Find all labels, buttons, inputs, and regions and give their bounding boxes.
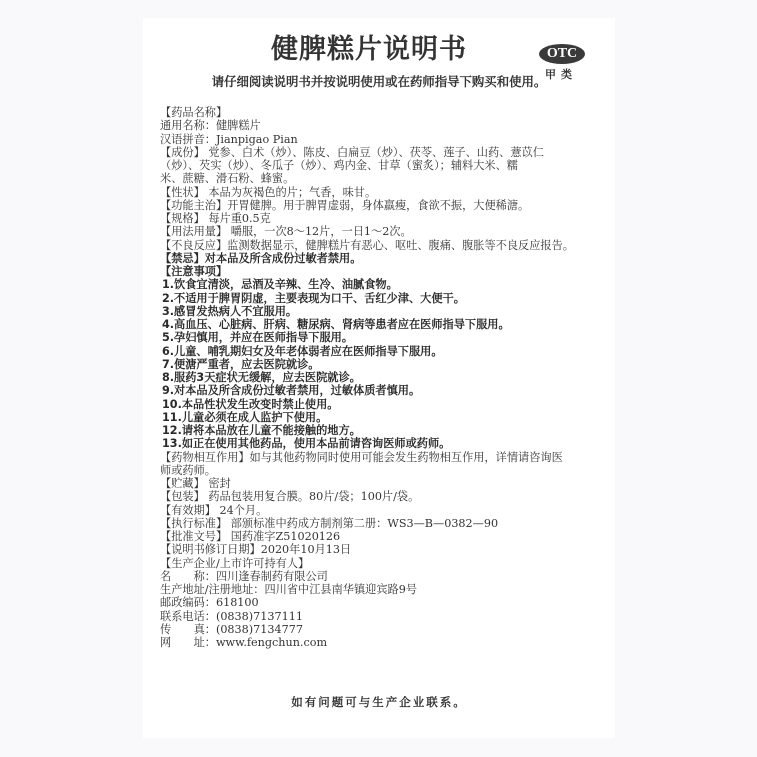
storage-label: 【贮藏】	[160, 477, 205, 490]
section-ingredients: 【成份】 党参、白术（炒）、陈皮、白扁豆（炒）、茯苓、莲子、山药、薏苡仁	[160, 146, 596, 159]
validity-text: 24个月。	[216, 504, 267, 517]
manufacturer-name: 四川逢春制药有限公司	[216, 570, 328, 583]
section-standard: 【执行标准】 部颁标准中药成方制剂第二册：WS3—B—0382—90	[160, 517, 596, 530]
manufacturer-phone-label: 联系电话：	[160, 610, 216, 623]
pinyin-name: 汉语拼音：Jianpigao Pian	[160, 133, 596, 146]
contact-manufacturer-note: 如有问题可与生产企业联系。	[143, 694, 615, 710]
leaflet-body: 【药品名称】 通用名称：健脾糕片 汉语拼音：Jianpigao Pian 【成份…	[160, 106, 596, 649]
ingredients-text-1: 党参、白术（炒）、陈皮、白扁豆（炒）、茯苓、莲子、山药、薏苡仁	[205, 146, 544, 159]
subtitle-instruction: 请仔细阅读说明书并按说明使用或在药师指导下购买和使用。	[143, 74, 615, 90]
approval-number-label: 【批准文号】	[160, 530, 227, 543]
precaution-item: 12.请将本品放在儿童不能接触的地方。	[160, 424, 596, 437]
generic-name: 通用名称：健脾糕片	[160, 119, 596, 132]
storage-text: 密封	[205, 477, 231, 490]
precaution-item: 6.儿童、哺乳期妇女及年老体弱者应在医师指导下服用。	[160, 345, 596, 358]
ingredients-text-3: 米、蔗糖、滑石粉、蜂蜜。	[160, 172, 596, 185]
section-dosage: 【用法用量】 嚼服，一次8～12片，一日1～2次。	[160, 225, 596, 238]
manufacturer-address-label: 生产地址/注册地址：	[160, 583, 264, 596]
precaution-item: 10.本品性状发生改变时禁止使用。	[160, 398, 596, 411]
precaution-item: 8.服药3天症状无缓解，应去医院就诊。	[160, 371, 596, 384]
dosage-label: 【用法用量】	[160, 225, 227, 238]
manufacturer-address: 四川省中江县南华镇迎宾路9号	[264, 583, 417, 596]
section-manufacturer-header: 【生产企业/上市许可持有人】	[160, 557, 596, 570]
manufacturer-postcode-row: 邮政编码：618100	[160, 596, 596, 609]
manufacturer-fax-row: 传 真：(0838)7134777	[160, 623, 596, 636]
dosage-text: 嚼服，一次8～12片，一日1～2次。	[227, 225, 412, 238]
precaution-item: 4.高血压、心脏病、肝病、糖尿病、肾病等患者应在医师指导下服用。	[160, 318, 596, 331]
indications-label: 【功能主治】	[160, 199, 227, 212]
interactions-text-1: 如与其他药物同时使用可能会发生药物相互作用，详情请咨询医	[250, 451, 563, 464]
section-indications: 【功能主治】开胃健脾。用于脾胃虚弱，身体羸瘦，食欲不振，大便稀溏。	[160, 199, 596, 212]
precaution-item: 3.感冒发热病人不宜服用。	[160, 305, 596, 318]
packaging-label: 【包装】	[160, 490, 205, 503]
precaution-item: 2.不适用于脾胃阴虚，主要表现为口干、舌红少津、大便干。	[160, 292, 596, 305]
contraindications-text: 对本品及所含成份过敏者禁用。	[205, 252, 362, 265]
manufacturer-phone: (0838)7137111	[216, 610, 303, 623]
section-approval-number: 【批准文号】 国药准字Z51020126	[160, 530, 596, 543]
revision-date-text: 2020年10月13日	[261, 543, 352, 556]
manufacturer-name-row: 名 称：四川逢春制药有限公司	[160, 570, 596, 583]
section-contraindications: 【禁忌】对本品及所含成份过敏者禁用。	[160, 252, 596, 265]
section-packaging: 【包装】 药品包装用复合膜。80片/袋；100片/袋。	[160, 490, 596, 503]
section-revision-date: 【说明书修订日期】2020年10月13日	[160, 543, 596, 556]
description-text: 本品为灰褐色的片；气香，味甘。	[205, 186, 376, 199]
manufacturer-website-row: 网 址：www.fengchun.com	[160, 636, 596, 649]
manufacturer-postcode-label: 邮政编码：	[160, 596, 216, 609]
precaution-item: 7.便溏严重者，应去医院就诊。	[160, 358, 596, 371]
indications-text: 开胃健脾。用于脾胃虚弱，身体羸瘦，食欲不振，大便稀溏。	[227, 199, 529, 212]
validity-label: 【有效期】	[160, 504, 216, 517]
section-drug-name-header: 【药品名称】	[160, 106, 596, 119]
leaflet-page: 健脾糕片说明书 OTC 甲类 请仔细阅读说明书并按说明使用或在药师指导下购买和使…	[143, 18, 615, 738]
section-interactions: 【药物相互作用】如与其他药物同时使用可能会发生药物相互作用，详情请咨询医	[160, 451, 596, 464]
precaution-item: 5.孕妇慎用，并应在医师指导下服用。	[160, 331, 596, 344]
section-storage: 【贮藏】 密封	[160, 477, 596, 490]
manufacturer-fax-label: 传 真：	[160, 623, 216, 636]
document-title: 健脾糕片说明书	[271, 32, 467, 68]
specification-text: 每片重0.5克	[205, 212, 271, 225]
approval-number-text: 国药准字Z51020126	[227, 530, 340, 543]
specification-label: 【规格】	[160, 212, 205, 225]
ingredients-text-2: （炒）、芡实（炒）、冬瓜子（炒）、鸡内金、甘草（蜜炙）；辅料大米、糯	[160, 159, 596, 172]
precaution-item: 13.如正在使用其他药品，使用本品前请咨询医师或药师。	[160, 437, 596, 450]
adverse-reactions-label: 【不良反应】	[160, 239, 227, 252]
manufacturer-phone-row: 联系电话：(0838)7137111	[160, 610, 596, 623]
title-row: 健脾糕片说明书 OTC 甲类	[143, 32, 615, 72]
precaution-item: 11.儿童必须在成人监护下使用。	[160, 411, 596, 424]
section-precautions-header: 【注意事项】	[160, 265, 596, 278]
ingredients-label: 【成份】	[160, 146, 205, 159]
manufacturer-name-label: 名 称：	[160, 570, 216, 583]
interactions-label: 【药物相互作用】	[160, 451, 250, 464]
section-specification: 【规格】 每片重0.5克	[160, 212, 596, 225]
revision-date-label: 【说明书修订日期】	[160, 543, 261, 556]
packaging-text: 药品包装用复合膜。80片/袋；100片/袋。	[205, 490, 420, 503]
adverse-reactions-text: 监测数据显示，健脾糕片有恶心、呕吐、腹痛、腹胀等不良反应报告。	[227, 239, 574, 252]
manufacturer-website-label: 网 址：	[160, 636, 216, 649]
manufacturer-website: www.fengchun.com	[216, 636, 327, 649]
otc-badge-icon: OTC	[539, 44, 585, 64]
section-adverse-reactions: 【不良反应】监测数据显示，健脾糕片有恶心、呕吐、腹痛、腹胀等不良反应报告。	[160, 239, 596, 252]
manufacturer-address-row: 生产地址/注册地址：四川省中江县南华镇迎宾路9号	[160, 583, 596, 596]
standard-label: 【执行标准】	[160, 517, 227, 530]
contraindications-label: 【禁忌】	[160, 252, 205, 265]
section-description: 【性状】 本品为灰褐色的片；气香，味甘。	[160, 186, 596, 199]
manufacturer-postcode: 618100	[216, 596, 259, 609]
interactions-text-2: 师或药师。	[160, 464, 596, 477]
precaution-item: 1.饮食宜清淡，忌酒及辛辣、生冷、油腻食物。	[160, 278, 596, 291]
standard-text: 部颁标准中药成方制剂第二册：WS3—B—0382—90	[227, 517, 498, 530]
manufacturer-fax: (0838)7134777	[216, 623, 303, 636]
description-label: 【性状】	[160, 186, 205, 199]
section-validity: 【有效期】 24个月。	[160, 504, 596, 517]
precaution-item: 9.对本品及所含成份过敏者禁用，过敏体质者慎用。	[160, 384, 596, 397]
